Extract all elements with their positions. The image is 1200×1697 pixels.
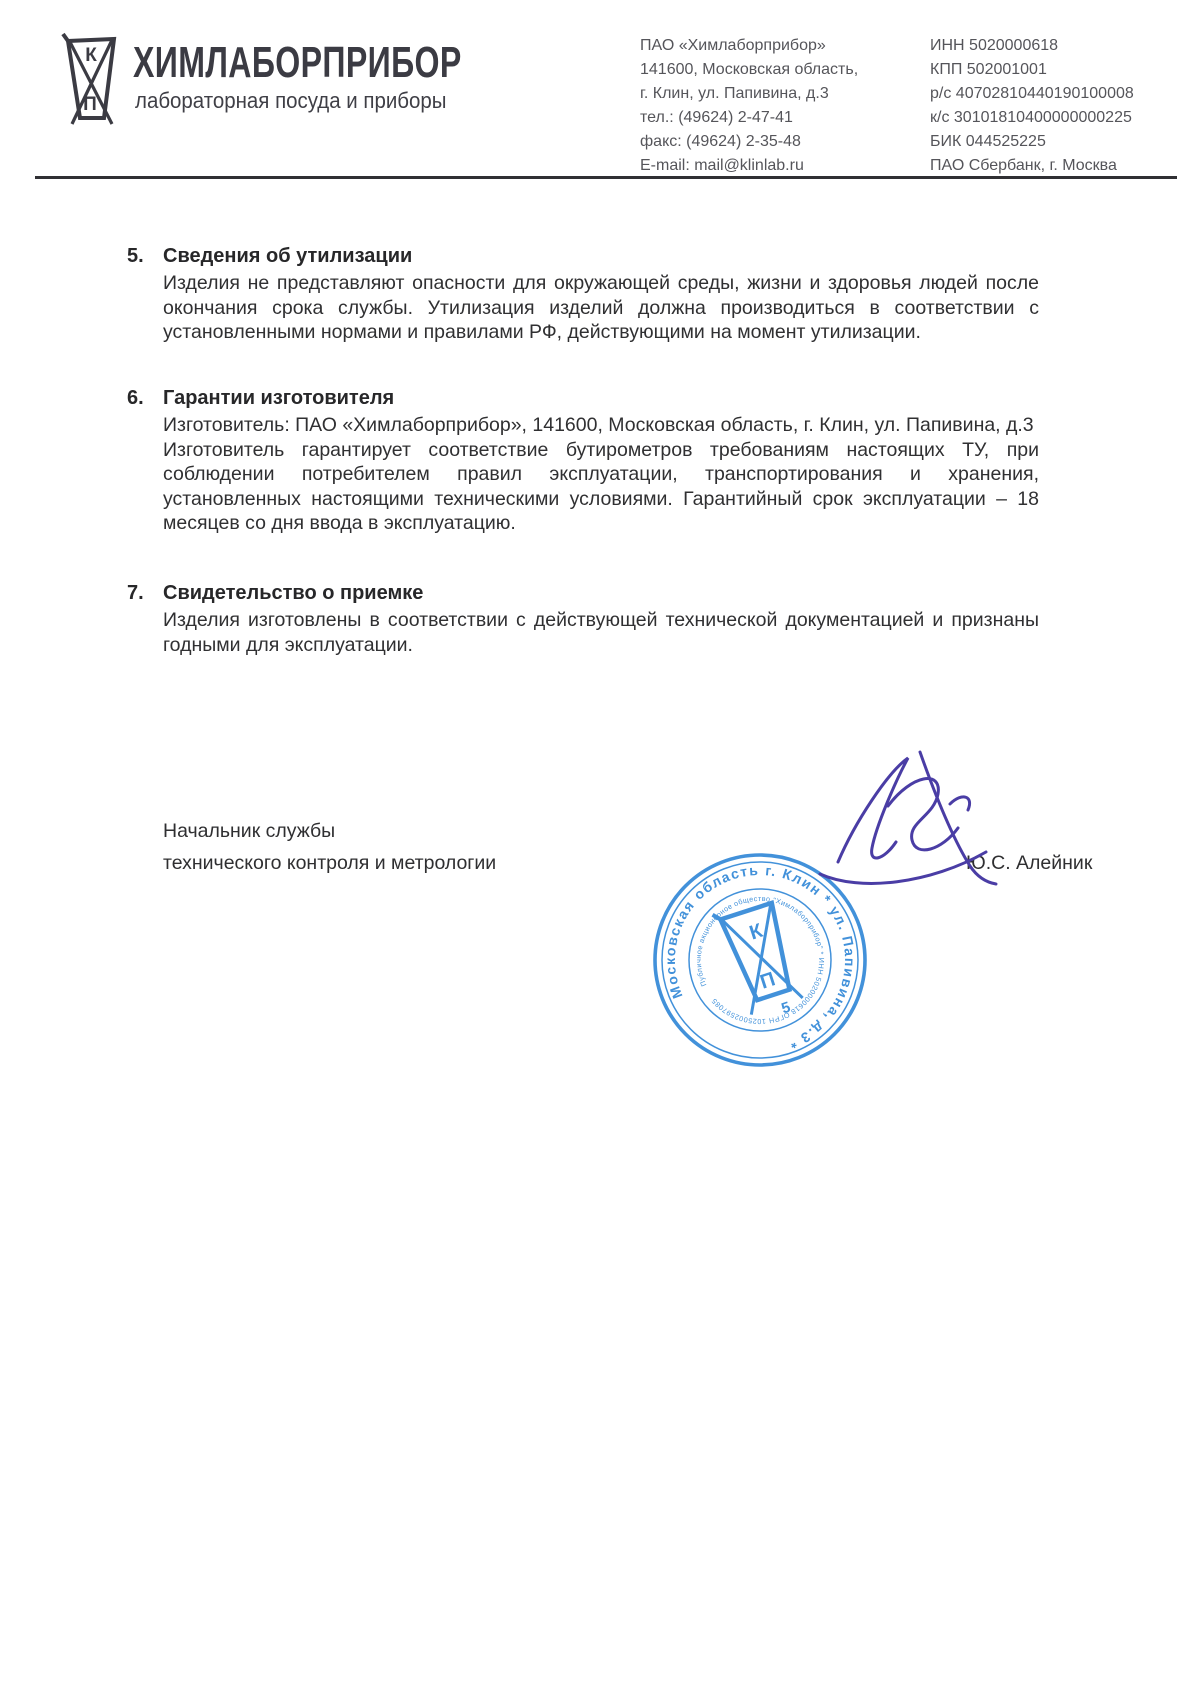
signer-position-line1: Начальник службы [163,820,335,843]
signer-position-line2: технического контроля и метрологии [163,852,496,875]
contact-line: г. Клин, ул. Папивина, д.3 [640,82,858,106]
section-number: 7. [127,581,163,606]
requisite-line: к/с 30101810400000000225 [930,106,1134,130]
requisite-line: р/с 40702810440190100008 [930,82,1134,106]
contact-line: 141600, Московская область, [640,58,858,82]
header-divider [35,176,1177,179]
section-body: Изделия не представляют опасности для ок… [127,271,1039,345]
section-body: Изготовитель: ПАО «Химлаборприбор», 1416… [127,413,1039,536]
section-number: 5. [127,244,163,269]
section-heading: 6. Гарантии изготовителя [127,386,1039,411]
section-body: Изделия изготовлены в соответствии с дей… [127,608,1039,657]
section-heading: 5. Сведения об утилизации [127,244,1039,269]
section-title: Сведения об утилизации [163,244,412,269]
section-utilization: 5. Сведения об утилизации Изделия не пре… [127,244,1039,345]
document-page: К П ХИМЛАБОРПРИБОР лабораторная посуда и… [0,0,1200,1697]
requisite-line: БИК 044525225 [930,130,1134,154]
section-heading: 7. Свидетельство о приемке [127,581,1039,606]
stamp-letter-k: К [747,920,766,945]
requisite-line: КПП 502001001 [930,58,1134,82]
paragraph: Изделия изготовлены в соответствии с дей… [163,608,1039,657]
requisite-line: ИНН 5020000618 [930,34,1134,58]
paragraph: Изделия не представляют опасности для ок… [163,271,1039,345]
section-number: 6. [127,386,163,411]
requisite-line: ПАО Сбербанк, г. Москва [930,154,1134,178]
paragraph: Изготовитель: ПАО «Химлаборприбор», 1416… [163,413,1039,438]
contact-line-email: E-mail: mail@klinlab.ru [640,154,858,178]
company-tagline: лабораторная посуда и приборы [135,88,446,114]
header-requisites-block: ИНН 5020000618 КПП 502001001 р/с 4070281… [930,34,1134,178]
contact-line: тел.: (49624) 2-47-41 [640,106,858,130]
contact-line: факс: (49624) 2-35-48 [640,130,858,154]
section-title: Гарантии изготовителя [163,386,394,411]
company-name: ХИМЛАБОРПРИБОР [133,38,462,88]
logo-letter-p: П [83,94,97,115]
header-contact-block: ПАО «Химлаборприбор» 141600, Московская … [640,34,858,178]
section-title: Свидетельство о приемке [163,581,423,606]
contact-line: ПАО «Химлаборприбор» [640,34,858,58]
company-logo-icon: К П [54,30,128,130]
section-warranty: 6. Гарантии изготовителя Изготовитель: П… [127,386,1039,536]
paragraph: Изготовитель гарантирует соответствие бу… [163,438,1039,536]
section-acceptance: 7. Свидетельство о приемке Изделия изгот… [127,581,1039,657]
handwritten-signature [800,744,1025,909]
logo-letter-k: К [85,45,97,66]
